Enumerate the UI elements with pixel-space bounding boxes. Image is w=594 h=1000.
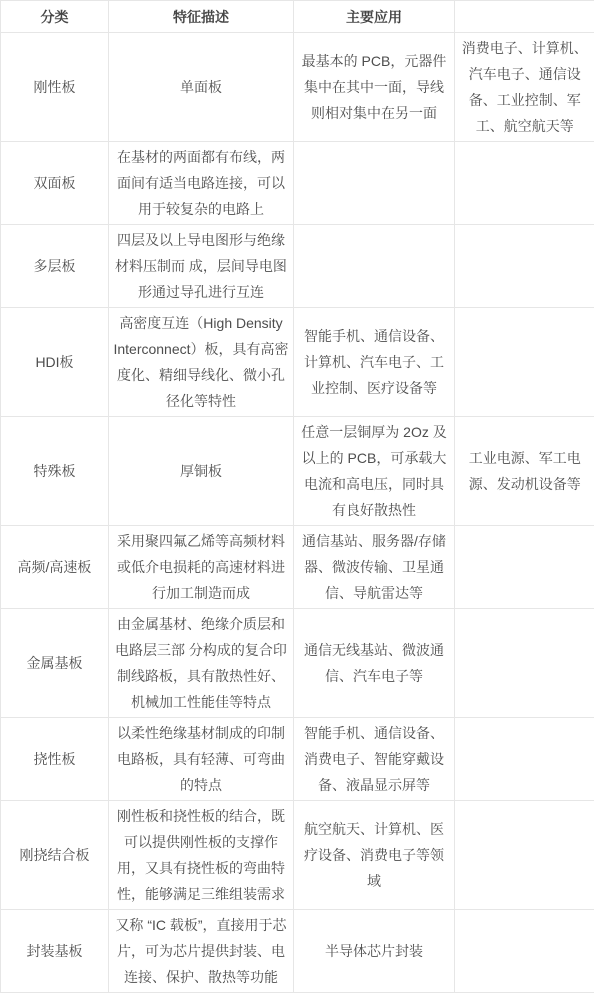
category-cell: 挠性板 xyxy=(1,718,109,801)
pcb-classification-table-container: 分类 特征描述 主要应用 刚性板 单面板 最基本的 PCB，元器件集中在其中一面… xyxy=(0,0,594,993)
application-fields-cell xyxy=(455,801,594,910)
category-cell: 金属基板 xyxy=(1,609,109,718)
feature-cell: 由金属基材、绝缘介质层和电路层三部 分构成的复合印制线路板，具有散热性好、机械加… xyxy=(109,609,294,718)
pcb-classification-table: 分类 特征描述 主要应用 刚性板 单面板 最基本的 PCB，元器件集中在其中一面… xyxy=(0,0,594,993)
feature-cell: 四层及以上导电图形与绝缘材料压制而 成，层间导电图形通过导孔进行互连 xyxy=(109,225,294,308)
application-fields-cell: 消费电子、计算机、汽车电子、通信设备、工业控制、军工、航空航天等 xyxy=(455,33,594,142)
application-cell: 智能手机、通信设备、计算机、汽车电子、工业控制、医疗设备等 xyxy=(294,308,455,417)
column-header-application: 主要应用 xyxy=(294,1,455,33)
table-row-hdi-board: HDI板 高密度互连（High Density Interconnect）板，具… xyxy=(1,308,594,417)
table-row-rigid-board: 刚性板 单面板 最基本的 PCB，元器件集中在其中一面，导线则相对集中在另一面 … xyxy=(1,33,594,142)
category-cell: 特殊板 xyxy=(1,417,109,526)
category-cell: 刚性板 xyxy=(1,33,109,142)
category-cell: 高频/高速板 xyxy=(1,526,109,609)
feature-cell: 以柔性绝缘基材制成的印制电路板，具有轻薄、可弯曲的特点 xyxy=(109,718,294,801)
category-cell: HDI板 xyxy=(1,308,109,417)
feature-cell: 单面板 xyxy=(109,33,294,142)
feature-cell: 又称 “IC 载板”，直接用于芯片，可为芯片提供封装、电连接、保护、散热等功能 xyxy=(109,910,294,993)
application-fields-cell xyxy=(455,526,594,609)
table-row-multilayer-board: 多层板 四层及以上导电图形与绝缘材料压制而 成，层间导电图形通过导孔进行互连 xyxy=(1,225,594,308)
category-cell: 多层板 xyxy=(1,225,109,308)
application-cell: 最基本的 PCB，元器件集中在其中一面，导线则相对集中在另一面 xyxy=(294,33,455,142)
application-cell xyxy=(294,225,455,308)
application-fields-cell: 工业电源、军工电源、发动机设备等 xyxy=(455,417,594,526)
feature-cell: 在基材的两面都有布线，两面间有适当电路连接，可以用于较复杂的电路上 xyxy=(109,142,294,225)
application-cell: 通信无线基站、微波通信、汽车电子等 xyxy=(294,609,455,718)
feature-cell: 刚性板和挠性板的结合，既可以提供刚性板的支撑作用，又具有挠性板的弯曲特性，能够满… xyxy=(109,801,294,910)
table-row-special-board: 特殊板 厚铜板 任意一层铜厚为 2Oz 及以上的 PCB，可承载大电流和高电压，… xyxy=(1,417,594,526)
feature-cell: 采用聚四氟乙烯等高频材料或低介电损耗的高速材料进行加工制造而成 xyxy=(109,526,294,609)
application-cell: 任意一层铜厚为 2Oz 及以上的 PCB，可承载大电流和高电压，同时具有良好散热… xyxy=(294,417,455,526)
column-header-feature: 特征描述 xyxy=(109,1,294,33)
feature-cell: 高密度互连（High Density Interconnect）板，具有高密度化… xyxy=(109,308,294,417)
table-row-package-substrate: 封装基板 又称 “IC 载板”，直接用于芯片，可为芯片提供封装、电连接、保护、散… xyxy=(1,910,594,993)
table-row-double-sided-board: 双面板 在基材的两面都有布线，两面间有适当电路连接，可以用于较复杂的电路上 xyxy=(1,142,594,225)
application-cell: 航空航天、计算机、医疗设备、消费电子等领域 xyxy=(294,801,455,910)
feature-cell: 厚铜板 xyxy=(109,417,294,526)
table-row-rigid-flex-board: 刚挠结合板 刚性板和挠性板的结合，既可以提供刚性板的支撑作用，又具有挠性板的弯曲… xyxy=(1,801,594,910)
application-fields-cell xyxy=(455,609,594,718)
column-header-category: 分类 xyxy=(1,1,109,33)
application-cell: 半导体芯片封装 xyxy=(294,910,455,993)
application-fields-cell xyxy=(455,718,594,801)
application-fields-cell xyxy=(455,910,594,993)
table-row-flexible-board: 挠性板 以柔性绝缘基材制成的印制电路板，具有轻薄、可弯曲的特点 智能手机、通信设… xyxy=(1,718,594,801)
column-header-blank xyxy=(455,1,594,33)
category-cell: 封装基板 xyxy=(1,910,109,993)
application-fields-cell xyxy=(455,225,594,308)
application-cell: 通信基站、服务器/存储器、微波传输、卫星通信、导航雷达等 xyxy=(294,526,455,609)
application-cell: 智能手机、通信设备、消费电子、智能穿戴设备、液晶显示屏等 xyxy=(294,718,455,801)
table-row-metal-base-board: 金属基板 由金属基材、绝缘介质层和电路层三部 分构成的复合印制线路板，具有散热性… xyxy=(1,609,594,718)
category-cell: 刚挠结合板 xyxy=(1,801,109,910)
category-cell: 双面板 xyxy=(1,142,109,225)
application-fields-cell xyxy=(455,142,594,225)
table-row-high-frequency-board: 高频/高速板 采用聚四氟乙烯等高频材料或低介电损耗的高速材料进行加工制造而成 通… xyxy=(1,526,594,609)
application-fields-cell xyxy=(455,308,594,417)
application-cell xyxy=(294,142,455,225)
header-row: 分类 特征描述 主要应用 xyxy=(1,1,594,33)
